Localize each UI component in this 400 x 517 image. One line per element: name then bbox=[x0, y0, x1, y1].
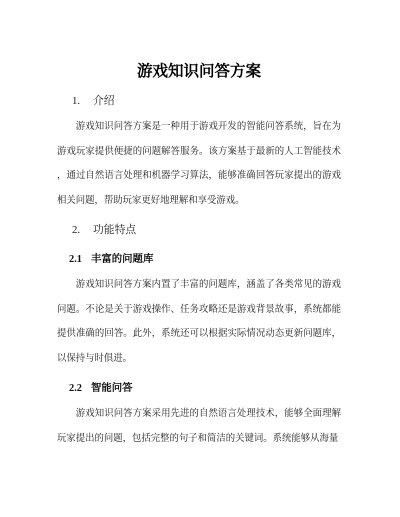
heading-question-bank-label: 丰富的问题库 bbox=[91, 254, 153, 265]
document-content: 游戏知识问答方案 1.介绍 游戏知识问答方案是一种用于游戏开发的智能问答系统，旨… bbox=[0, 0, 400, 451]
heading-smart-qa-number: 2.2 bbox=[69, 381, 91, 396]
document-title: 游戏知识问答方案 bbox=[57, 58, 341, 84]
heading-smart-qa: 2.2智能问答 bbox=[69, 381, 341, 396]
heading-intro-label: 介绍 bbox=[93, 95, 115, 107]
paragraph-intro: 游戏知识问答方案是一种用于游戏开发的智能问答系统，旨在为游戏玩家提供便捷的问题解… bbox=[57, 115, 341, 213]
heading-features-label: 功能特点 bbox=[93, 224, 136, 236]
heading-features: 2.功能特点 bbox=[72, 223, 341, 238]
heading-intro: 1.介绍 bbox=[72, 94, 341, 109]
heading-intro-number: 1. bbox=[72, 94, 93, 109]
paragraph-smart-qa: 游戏知识问答方案采用先进的自然语言处理技术，能够全面理解玩家提出的问题，包括完整… bbox=[57, 402, 341, 451]
paragraph-question-bank: 游戏知识问答方案内置了丰富的问题库，涵盖了各类常见的游戏问题。不论是关于游戏操作… bbox=[57, 273, 341, 371]
document-page: 游戏知识问答方案 1.介绍 游戏知识问答方案是一种用于游戏开发的智能问答系统，旨… bbox=[0, 0, 400, 517]
heading-question-bank: 2.1丰富的问题库 bbox=[69, 252, 341, 267]
heading-question-bank-number: 2.1 bbox=[69, 252, 91, 267]
heading-smart-qa-label: 智能问答 bbox=[91, 383, 133, 394]
heading-features-number: 2. bbox=[72, 223, 93, 238]
